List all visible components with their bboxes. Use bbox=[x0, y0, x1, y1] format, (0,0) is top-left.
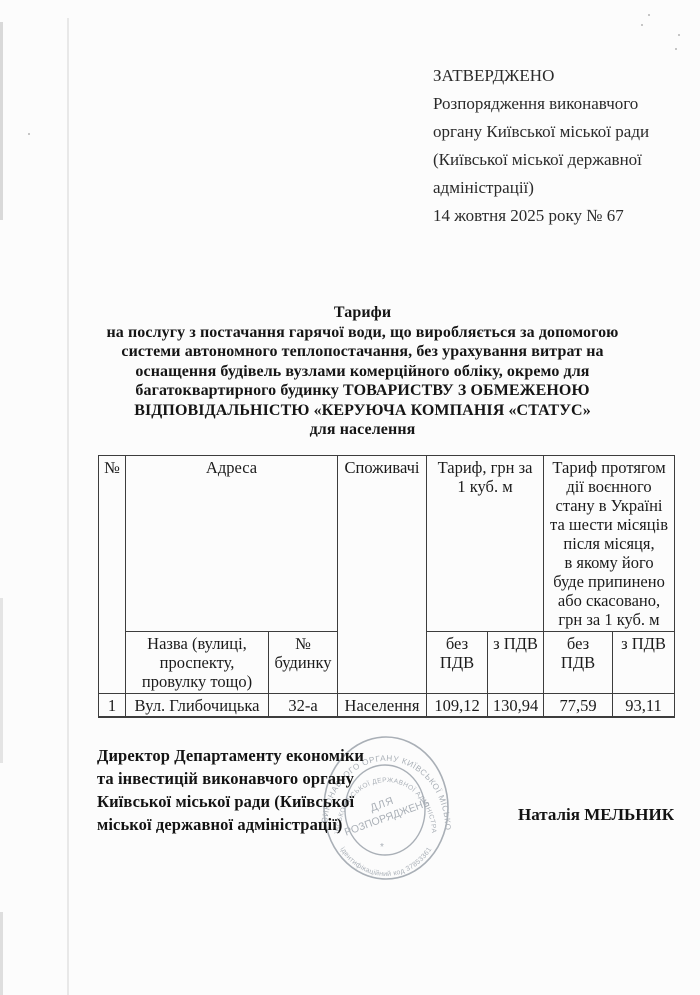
col-header-tariff: Тариф, грн за 1 куб. м bbox=[427, 456, 544, 632]
wartime-header-line: після місяця, bbox=[547, 534, 671, 553]
stamp-asterisk: * bbox=[380, 842, 384, 853]
title-line: багатоквартирного будинку ТОВАРИСТВУ З О… bbox=[40, 381, 685, 401]
signature-name: Наталія МЕЛЬНИК bbox=[518, 805, 674, 825]
title-line: системи автономного теплопостачання, без… bbox=[40, 342, 685, 362]
approval-block: ЗАТВЕРДЖЕНО Розпорядження виконавчого ор… bbox=[433, 62, 678, 230]
cell-street: Вул. Глибочицька bbox=[126, 694, 269, 718]
subheader-with-vat: з ПДВ bbox=[488, 632, 544, 694]
approval-line: (Київської міської державної bbox=[433, 146, 678, 174]
wartime-header-line: або скасовано, bbox=[547, 591, 671, 610]
dust-speck bbox=[648, 14, 650, 16]
approval-date-line: 14 жовтня 2025 року № 67 bbox=[433, 202, 678, 230]
subheader-street-name: Назва (вулиці, проспекту, провулку тощо) bbox=[126, 632, 269, 694]
cell-wartime-with-vat: 93,11 bbox=[613, 694, 675, 718]
approval-line: органу Київської міської ради bbox=[433, 118, 678, 146]
col-header-tariff-wartime: Тариф протягом дії воєнного стану в Укра… bbox=[544, 456, 675, 632]
title-line: для населення bbox=[40, 420, 685, 440]
signature-position-block: Директор Департаменту економіки та інвес… bbox=[97, 744, 364, 836]
signature-position-line: Директор Департаменту економіки bbox=[97, 744, 364, 767]
col-header-address: Адреса bbox=[126, 456, 338, 632]
tariff-table: № Адреса Споживачі Тариф, грн за 1 куб. … bbox=[98, 455, 675, 718]
signature-position-line: Київської міської ради (Київської bbox=[97, 790, 364, 813]
subheader-no-vat: без ПДВ bbox=[544, 632, 613, 694]
col-header-consumers: Споживачі bbox=[338, 456, 427, 694]
scan-edge-strip bbox=[0, 598, 3, 763]
document-title: Тарифи на послугу з постачання гарячої в… bbox=[40, 303, 685, 440]
document-page: ЗАТВЕРДЖЕНО Розпорядження виконавчого ор… bbox=[0, 0, 700, 995]
scan-fold-line bbox=[67, 18, 69, 995]
dust-speck bbox=[678, 34, 680, 36]
approval-line: адміністрації) bbox=[433, 174, 678, 202]
cell-num: 1 bbox=[99, 694, 126, 718]
dust-speck bbox=[675, 48, 677, 50]
cell-wartime-no-vat: 77,59 bbox=[544, 694, 613, 718]
wartime-header-line: та шести місяців bbox=[547, 515, 671, 534]
title-heading: Тарифи bbox=[40, 303, 685, 323]
tariff-header-line: Тариф, грн за bbox=[430, 458, 540, 477]
cell-tariff-with-vat: 130,94 bbox=[488, 694, 544, 718]
subheader-with-vat: з ПДВ bbox=[613, 632, 675, 694]
wartime-header-line: стану в Україні bbox=[547, 496, 671, 515]
tariff-header-line: 1 куб. м bbox=[430, 477, 540, 496]
title-line: оснащення будівель вузлами комерційного … bbox=[40, 362, 685, 382]
wartime-header-line: Тариф протягом bbox=[547, 458, 671, 477]
signature-position-line: та інвестицій виконавчого органу bbox=[97, 767, 364, 790]
subheader-building-num: № будинку bbox=[269, 632, 338, 694]
table-row: 1 Вул. Глибочицька 32-а Населення 109,12… bbox=[99, 694, 675, 718]
stamp-bottom-text: ідентифікаційний код 37853361 bbox=[339, 846, 434, 878]
cell-tariff-no-vat: 109,12 bbox=[427, 694, 488, 718]
wartime-header-line: в якому його bbox=[547, 553, 671, 572]
wartime-header-line: грн за 1 куб. м bbox=[547, 610, 671, 629]
wartime-header-line: дії воєнного bbox=[547, 477, 671, 496]
subheader-no-vat-label: без ПДВ bbox=[436, 634, 478, 672]
dust-speck bbox=[28, 133, 30, 135]
cell-building: 32-а bbox=[269, 694, 338, 718]
subheader-no-vat: без ПДВ bbox=[427, 632, 488, 694]
title-line: ВІДПОВІДАЛЬНІСТЮ «КЕРУЮЧА КОМПАНІЯ «СТАТ… bbox=[40, 401, 685, 421]
dust-speck bbox=[641, 24, 643, 26]
scan-edge-strip bbox=[0, 22, 3, 220]
approval-title: ЗАТВЕРДЖЕНО bbox=[433, 62, 678, 90]
cell-consumer: Населення bbox=[338, 694, 427, 718]
approval-line: Розпорядження виконавчого bbox=[433, 90, 678, 118]
subheader-no-vat-label: без ПДВ bbox=[557, 634, 599, 672]
signature-position-line: міської державної адміністрації) bbox=[97, 813, 364, 836]
wartime-header-line: буде припинено bbox=[547, 572, 671, 591]
scan-edge-strip bbox=[0, 912, 3, 995]
col-header-num: № bbox=[99, 456, 126, 694]
title-line: на послугу з постачання гарячої води, що… bbox=[40, 323, 685, 343]
